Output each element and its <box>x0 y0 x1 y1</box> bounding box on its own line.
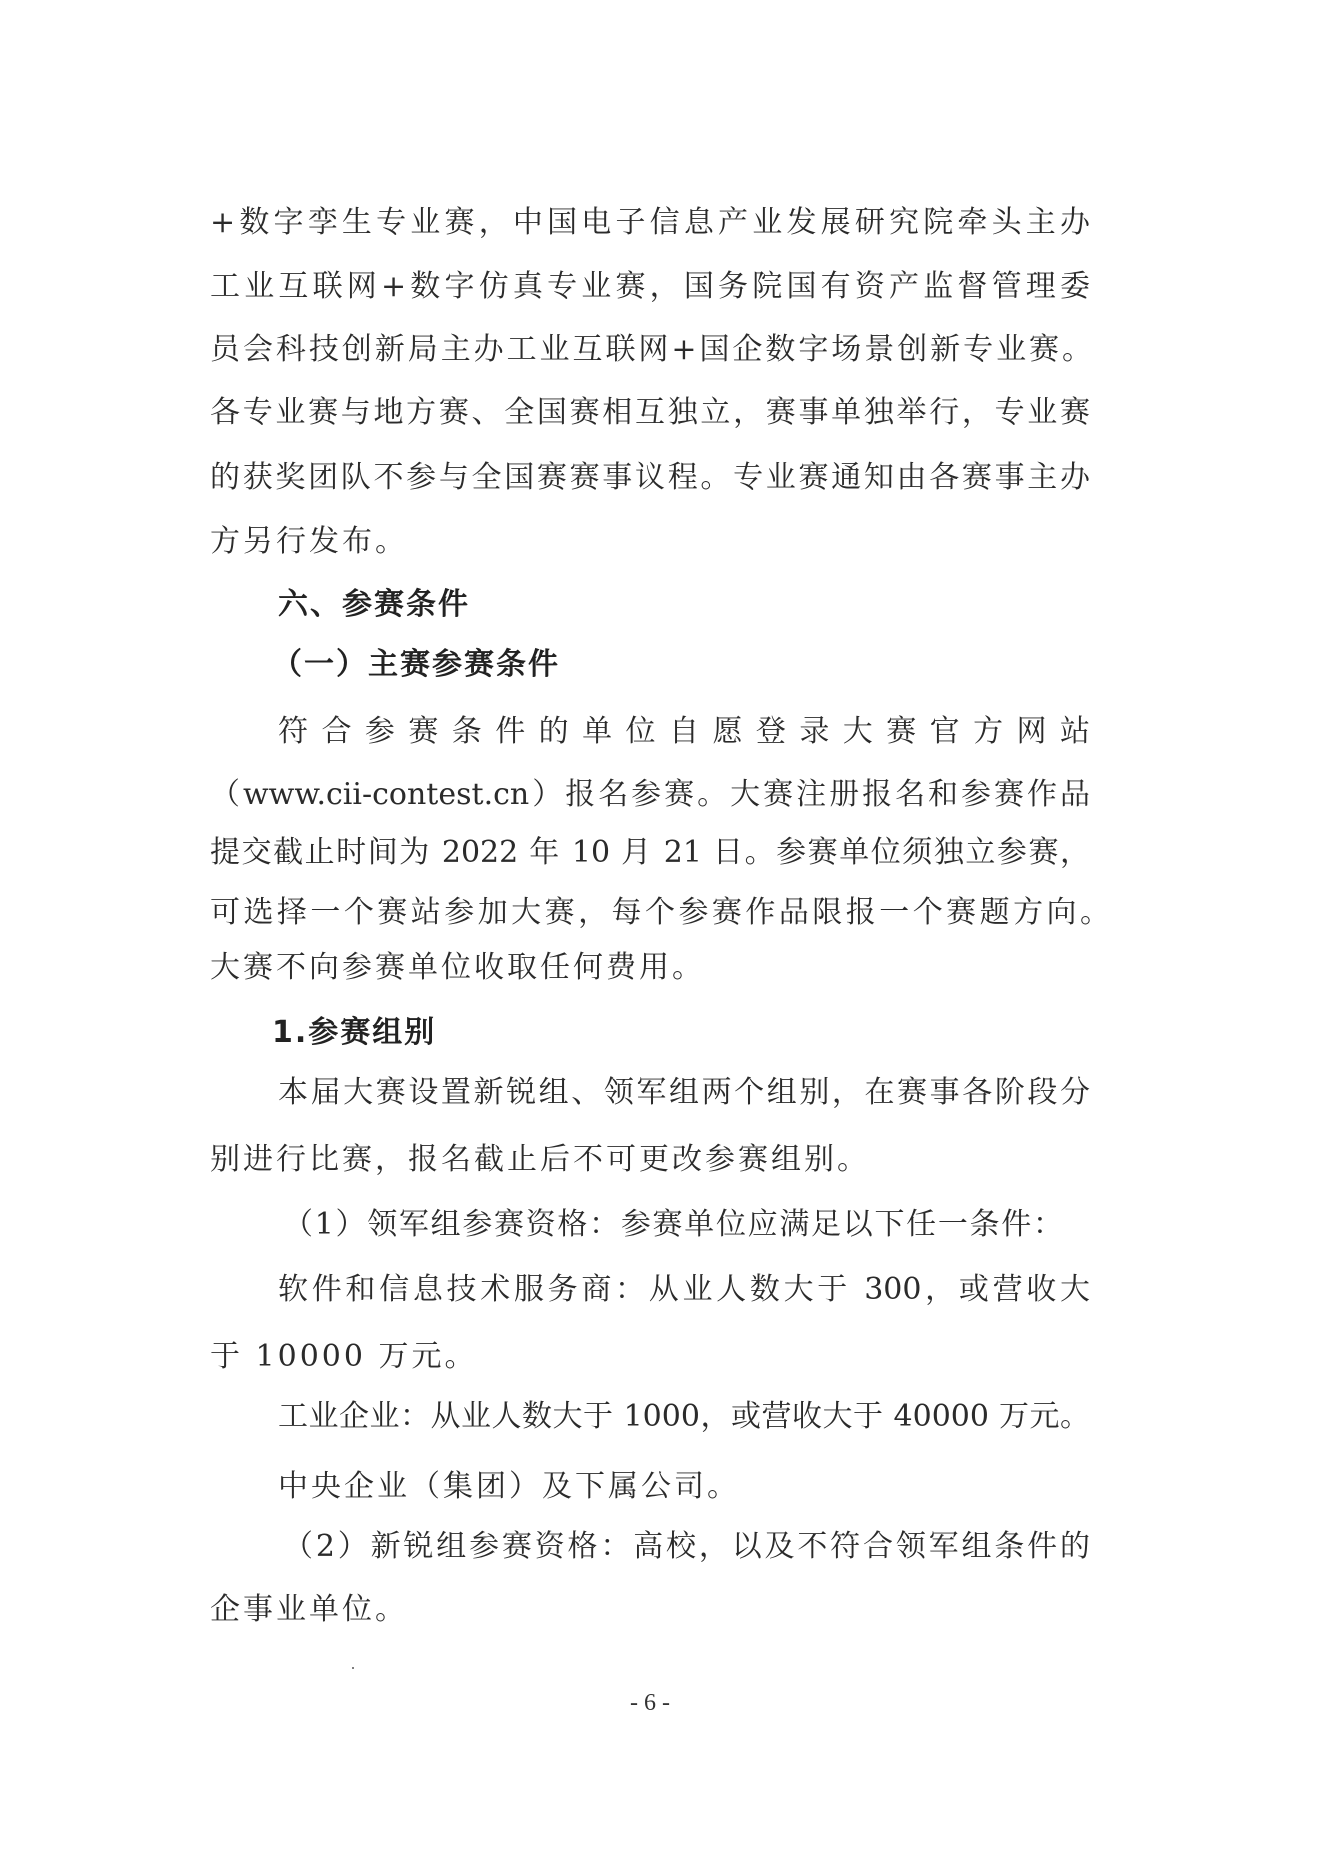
page-number: - 6 - <box>600 1690 700 1717</box>
paragraph-line: 本届大赛设置新锐组、领军组两个组别，在赛事各阶段分 <box>278 1071 1090 1115</box>
paragraph-line: 员会科技创新局主办工业互联网+国企数字场景创新专业赛。 <box>210 328 1092 372</box>
subsection-heading: （一）主赛参赛条件 <box>272 643 560 687</box>
subsubsection-heading: 1.参赛组别 <box>272 1011 436 1055</box>
document-page: +数字孪生专业赛，中国电子信息产业发展研究院牵头主办 工业互联网+数字仿真专业赛… <box>0 0 1322 1871</box>
paragraph-line: 的获奖团队不参与全国赛赛事议程。专业赛通知由各赛事主办 <box>210 456 1090 500</box>
list-item-new-group: （2）新锐组参赛资格：高校，以及不符合领军组条件的 <box>283 1525 1090 1569</box>
section-heading: 六、参赛条件 <box>278 583 470 627</box>
scan-speck <box>352 1667 354 1669</box>
paragraph-line: 方另行发布。 <box>210 520 408 564</box>
paragraph-line: 工业企业：从业人数大于 1000，或营收大于 40000 万元。 <box>278 1395 1090 1439</box>
paragraph-line: 可选择一个赛站参加大赛，每个参赛作品限报一个赛题方向。 <box>210 891 1110 935</box>
paragraph-line: 符合参赛条件的单位自愿登录大赛官方网站 <box>278 710 1090 754</box>
paragraph-line: 大赛不向参赛单位收取任何费用。 <box>210 946 705 990</box>
paragraph-line: 于 10000 万元。 <box>210 1335 478 1379</box>
deadline-line: 提交截止时间为 2022 年 10 月 21 日。参赛单位须独立参赛， <box>210 831 1090 875</box>
website-line: （www.cii-contest.cn）报名参赛。大赛注册报名和参赛作品 <box>210 773 1090 817</box>
list-item-leading-group: （1）领军组参赛资格：参赛单位应满足以下任一条件： <box>283 1203 1063 1247</box>
paragraph-line: 企事业单位。 <box>210 1588 408 1632</box>
paragraph-line: 各专业赛与地方赛、全国赛相互独立，赛事单独举行，专业赛 <box>210 391 1090 435</box>
paragraph-line: 软件和信息技术服务商：从业人数大于 300，或营收大 <box>278 1268 1090 1312</box>
paragraph-line: +数字孪生专业赛，中国电子信息产业发展研究院牵头主办 <box>210 201 1090 245</box>
paragraph-line: 工业互联网+数字仿真专业赛，国务院国有资产监督管理委 <box>210 265 1090 309</box>
paragraph-line: 中央企业（集团）及下属公司。 <box>278 1465 740 1509</box>
paragraph-line: 别进行比赛，报名截止后不可更改参赛组别。 <box>210 1138 870 1182</box>
